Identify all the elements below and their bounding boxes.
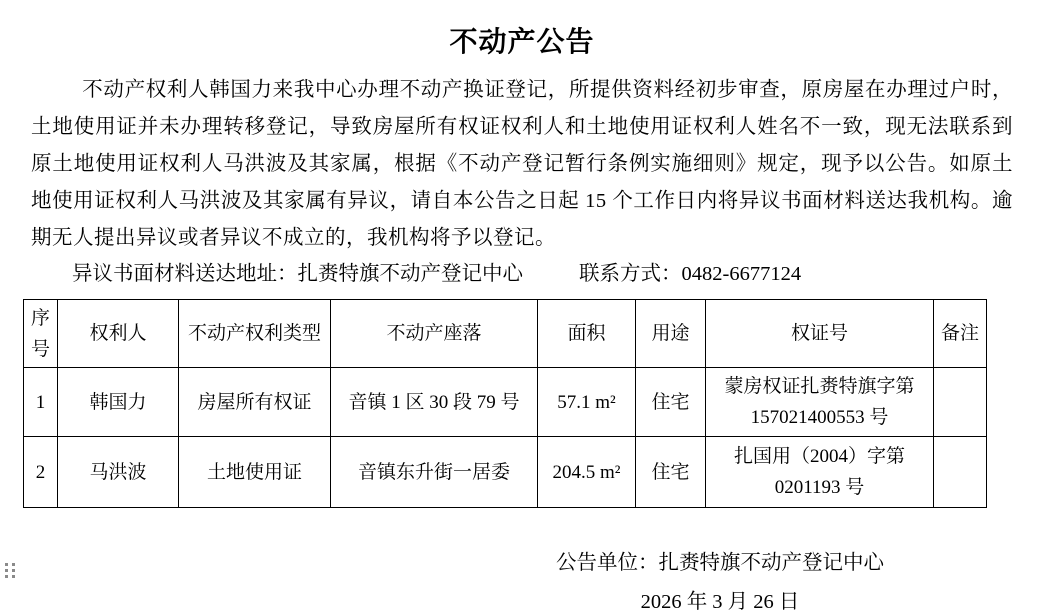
header-location: 不动产座落 xyxy=(331,300,538,368)
cell-right-type: 土地使用证 xyxy=(179,437,331,508)
header-seq: 序号 xyxy=(24,300,58,368)
drag-handle-dots-icon xyxy=(5,563,15,579)
header-remark: 备注 xyxy=(934,300,987,368)
header-area: 面积 xyxy=(538,300,636,368)
cell-usage: 住宅 xyxy=(636,368,706,437)
address-contact-line: 异议书面材料送达地址：扎赉特旗不动产登记中心联系方式：0482-6677124 xyxy=(31,257,1013,291)
issuer-line: 公告单位：扎赉特旗不动产登记中心 xyxy=(400,548,1040,578)
cell-cert-no: 蒙房权证扎赉特旗字第 157021400553 号 xyxy=(706,368,934,437)
cell-location: 音镇东升街一居委 xyxy=(331,437,538,508)
cell-remark xyxy=(934,368,987,437)
page-title: 不动产公告 xyxy=(0,26,1044,60)
cell-seq: 2 xyxy=(24,437,58,508)
header-cert-no: 权证号 xyxy=(706,300,934,368)
contact-label: 联系方式：0482-6677124 xyxy=(579,263,801,285)
document-page: { "title": "不动产公告", "body": { "paragraph… xyxy=(0,0,1044,611)
notice-paragraph: 不动产权利人韩国力来我中心办理不动产换证登记，所提供资料经初步审查，原房屋在办理… xyxy=(31,72,1013,257)
cell-usage: 住宅 xyxy=(636,437,706,508)
rights-table: 序号 权利人 不动产权利类型 不动产座落 面积 用途 权证号 备注 1 韩国力 … xyxy=(23,299,987,508)
cell-location: 音镇 1 区 30 段 79 号 xyxy=(331,368,538,437)
cell-area: 204.5 m² xyxy=(538,437,636,508)
cell-right-type: 房屋所有权证 xyxy=(179,368,331,437)
header-usage: 用途 xyxy=(636,300,706,368)
table-row: 2 马洪波 土地使用证 音镇东升街一居委 204.5 m² 住宅 扎国用（200… xyxy=(24,437,987,508)
table-header-row: 序号 权利人 不动产权利类型 不动产座落 面积 用途 权证号 备注 xyxy=(24,300,987,368)
cell-area: 57.1 m² xyxy=(538,368,636,437)
cell-holder: 马洪波 xyxy=(58,437,179,508)
header-holder: 权利人 xyxy=(58,300,179,368)
header-right-type: 不动产权利类型 xyxy=(179,300,331,368)
cell-holder: 韩国力 xyxy=(58,368,179,437)
table-row: 1 韩国力 房屋所有权证 音镇 1 区 30 段 79 号 57.1 m² 住宅… xyxy=(24,368,987,437)
cell-remark xyxy=(934,437,987,508)
address-label: 异议书面材料送达地址：扎赉特旗不动产登记中心 xyxy=(72,263,523,285)
cell-cert-no: 扎国用（2004）字第 0201193 号 xyxy=(706,437,934,508)
date-line: 2026 年 3 月 26 日 xyxy=(400,587,1040,611)
footer: 公告单位：扎赉特旗不动产登记中心 2026 年 3 月 26 日 xyxy=(400,548,1040,611)
cell-seq: 1 xyxy=(24,368,58,437)
